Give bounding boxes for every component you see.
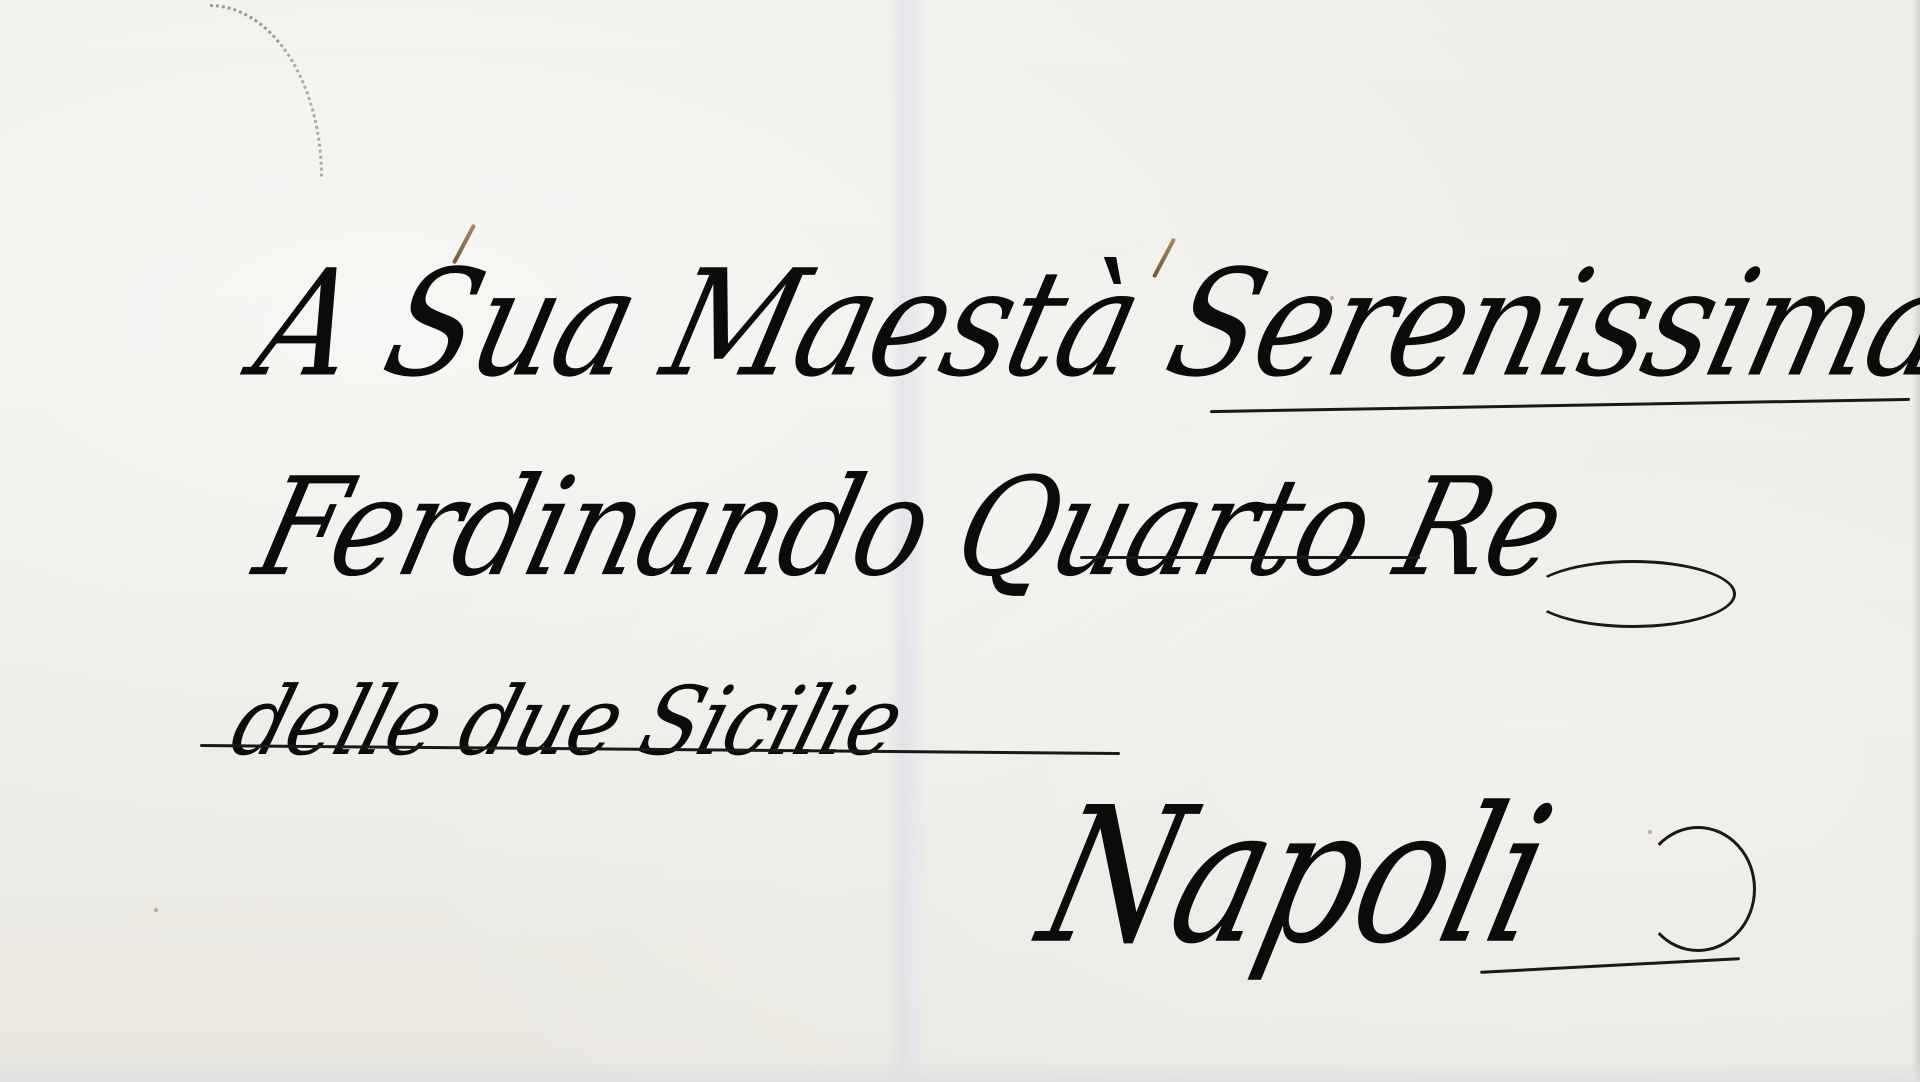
address-line-realm: delle due Sicilie — [220, 667, 913, 777]
paper-speck — [154, 908, 158, 912]
paper-right-edge — [1912, 0, 1920, 1082]
letter-cover: A Sua Maestà Serenissima Ferdinando Quar… — [0, 0, 1920, 1082]
ink-flourish — [1530, 560, 1736, 628]
address-line-city: Napoli — [1023, 768, 1568, 986]
ink-flourish — [1640, 826, 1756, 952]
pencil-mark — [210, 4, 323, 177]
paper-speck — [1648, 830, 1652, 834]
address-line-name: Ferdinando Quarto Re — [242, 448, 1577, 607]
paper-bottom-edge — [0, 1060, 1920, 1082]
ink-flourish — [1080, 556, 1420, 559]
address-line-salutation: A Sua Maestà Serenissima — [241, 239, 1920, 410]
